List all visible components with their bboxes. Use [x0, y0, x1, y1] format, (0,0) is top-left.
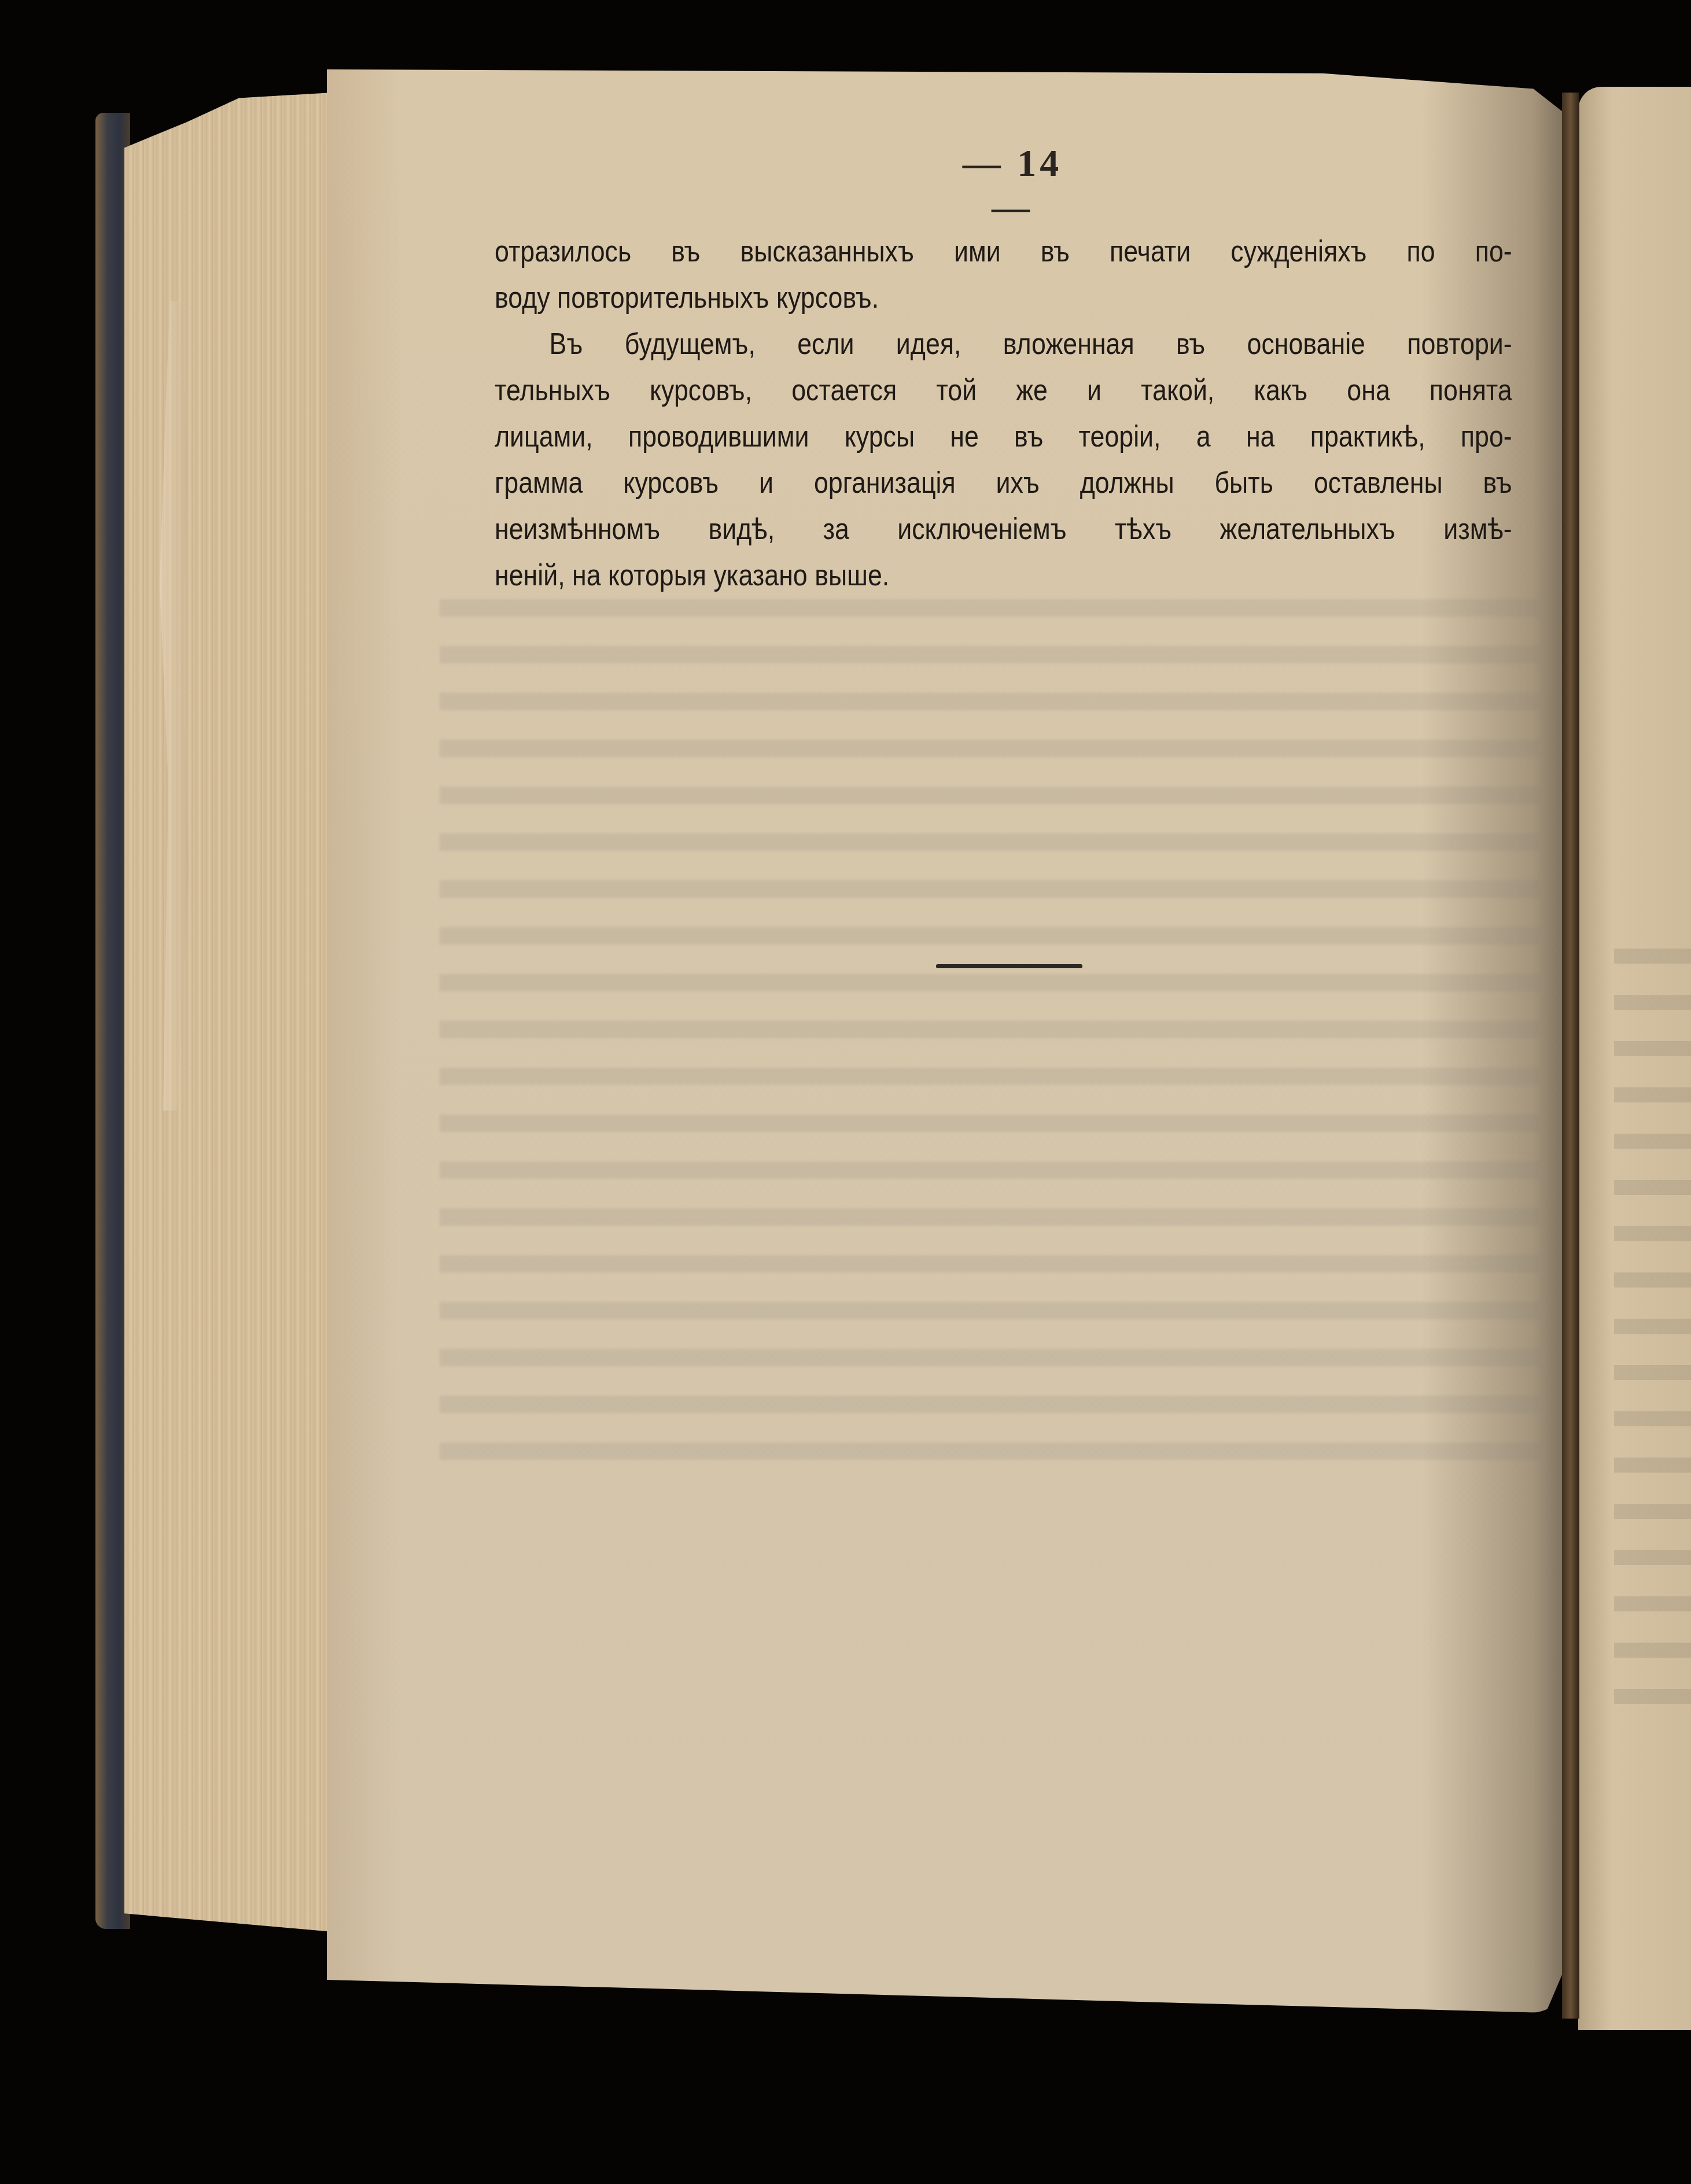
text-line: Въ будущемъ, если идея, вложенная въ осн… [495, 321, 1512, 367]
section-separator-rule [936, 964, 1082, 968]
text-line: тельныхъ курсовъ, остается той же и тако… [495, 367, 1512, 414]
text-line: отразилось въ высказанныхъ ими въ печати… [495, 228, 1512, 275]
page-stack-edges [124, 93, 333, 1932]
page-number: — 14 — [937, 142, 1088, 230]
show-through-text [440, 578, 1539, 1481]
text-line: грамма курсовъ и организація ихъ должны … [495, 460, 1512, 506]
text-line: неизмѣнномъ видѣ, за исключеніемъ тѣхъ ж… [495, 506, 1512, 552]
facing-page-show-through [1614, 925, 1691, 1735]
text-line: неній, на которыя указано выше. [495, 552, 1512, 599]
body-text: отразилось въ высказанныхъ ими въ печати… [495, 228, 1512, 599]
text-line: лицами, проводившими курсы не въ теоріи,… [495, 414, 1512, 460]
book-gutter [1562, 93, 1579, 2019]
text-line: воду повторительныхъ курсовъ. [495, 275, 1512, 321]
